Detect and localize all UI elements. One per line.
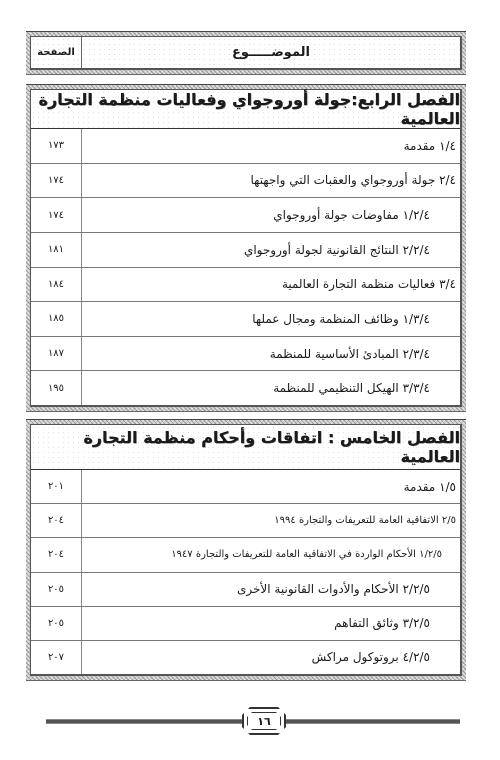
toc-row[interactable]: ٣/٢/٥ وثائق التفاهم ٢٠٥ bbox=[31, 607, 460, 641]
toc-entry-page: ٢٠٥ bbox=[31, 607, 82, 640]
toc-row[interactable]: ٣/٣/٤ الهيكل التنظيمي للمنظمة ١٩٥ bbox=[31, 371, 460, 405]
toc-entry-page: ١٨٤ bbox=[31, 268, 82, 302]
page-number: ١٦ bbox=[257, 715, 270, 728]
toc-entry-page: ٢٠٧ bbox=[31, 641, 82, 674]
toc-entry-label: ٢/٢/٤ النتائج القانونية لجولة أوروجواي bbox=[82, 233, 460, 267]
toc-entry-page: ٢٠١ bbox=[31, 470, 82, 503]
toc-row[interactable]: ٤/٢/٥ بروتوكول مراكش ٢٠٧ bbox=[31, 641, 460, 674]
toc-row[interactable]: ١/٥ مقدمة ٢٠١ bbox=[31, 470, 460, 504]
toc-row[interactable]: ١/٢/٥ الأحكام الواردة في الاتفاقية العام… bbox=[31, 538, 460, 572]
toc-entry-page: ١٨١ bbox=[31, 233, 82, 267]
page-number-badge: ١٦ bbox=[242, 707, 286, 735]
chapter-5-frame: الفصل الخامس : اتفاقات وأحكام منظمة التج… bbox=[26, 419, 466, 681]
toc-entry-page: ١٧٣ bbox=[31, 129, 82, 163]
page-column-header: الصفحة bbox=[31, 37, 82, 68]
toc-row[interactable]: ١/٤ مقدمة ١٧٣ bbox=[31, 129, 460, 164]
toc-entry-page: ٢٠٤ bbox=[31, 504, 82, 537]
toc-entry-label: ٢/٤ جولة أوروجواي والعقبات التي واجهتها bbox=[82, 164, 460, 198]
chapter-4-frame: الفصل الرابع:جولة أوروجواي وفعاليات منظم… bbox=[26, 84, 466, 412]
toc-entry-page: ١٨٥ bbox=[31, 302, 82, 336]
toc-entry-label: ١/٤ مقدمة bbox=[82, 129, 460, 163]
toc-entry-page: ٢٠٥ bbox=[31, 573, 82, 606]
toc-row[interactable]: ١/٢/٤ مفاوضات جولة أوروجواي ١٧٤ bbox=[31, 198, 460, 233]
toc-entry-label: ٤/٢/٥ بروتوكول مراكش bbox=[82, 641, 460, 674]
toc-entry-page: ١٩٥ bbox=[31, 371, 82, 405]
toc-row[interactable]: ٢/٢/٥ الأحكام والأدوات القانونية الأخرى … bbox=[31, 573, 460, 607]
chapter-4-title: الفصل الرابع:جولة أوروجواي وفعاليات منظم… bbox=[31, 90, 460, 129]
toc-entry-label: ٣/٣/٤ الهيكل التنظيمي للمنظمة bbox=[82, 371, 460, 405]
toc-entry-label: ١/٥ مقدمة bbox=[82, 470, 460, 503]
toc-row[interactable]: ٢/٥ الاتفاقية العامة للتعريفات والتجارة … bbox=[31, 504, 460, 538]
toc-entry-label: ١/٣/٤ وظائف المنظمة ومجال عملها bbox=[82, 302, 460, 336]
toc-row[interactable]: ١/٣/٤ وظائف المنظمة ومجال عملها ١٨٥ bbox=[31, 302, 460, 337]
footer-rule-left bbox=[46, 719, 242, 724]
toc-row[interactable]: ٢/٢/٤ النتائج القانونية لجولة أوروجواي ١… bbox=[31, 233, 460, 268]
toc-entry-label: ١/٢/٥ الأحكام الواردة في الاتفاقية العام… bbox=[82, 538, 460, 571]
toc-entry-label: ٢/٣/٤ المبادئ الأساسية للمنظمة bbox=[82, 337, 460, 371]
toc-entry-label: ٢/٥ الاتفاقية العامة للتعريفات والتجارة … bbox=[82, 504, 460, 537]
footer-rule-right bbox=[286, 719, 460, 724]
toc-entry-label: ٣/٢/٥ وثائق التفاهم bbox=[82, 607, 460, 640]
toc-row[interactable]: ٣/٤ فعاليات منظمة التجارة العالمية ١٨٤ bbox=[31, 268, 460, 303]
toc-row[interactable]: ٢/٣/٤ المبادئ الأساسية للمنظمة ١٨٧ bbox=[31, 337, 460, 372]
topic-column-header: الموضـــــوع bbox=[82, 37, 460, 68]
toc-entry-label: ٣/٤ فعاليات منظمة التجارة العالمية bbox=[82, 268, 460, 302]
chapter-5-title: الفصل الخامس : اتفاقات وأحكام منظمة التج… bbox=[31, 425, 460, 470]
toc-entry-page: ٢٠٤ bbox=[31, 538, 82, 571]
toc-entry-page: ١٧٤ bbox=[31, 164, 82, 198]
toc-header-frame: الموضـــــوع الصفحة bbox=[26, 31, 466, 75]
toc-entry-page: ١٧٤ bbox=[31, 198, 82, 232]
toc-entry-label: ٢/٢/٥ الأحكام والأدوات القانونية الأخرى bbox=[82, 573, 460, 606]
toc-entry-label: ١/٢/٤ مفاوضات جولة أوروجواي bbox=[82, 198, 460, 232]
toc-entry-page: ١٨٧ bbox=[31, 337, 82, 371]
toc-row[interactable]: ٢/٤ جولة أوروجواي والعقبات التي واجهتها … bbox=[31, 164, 460, 199]
